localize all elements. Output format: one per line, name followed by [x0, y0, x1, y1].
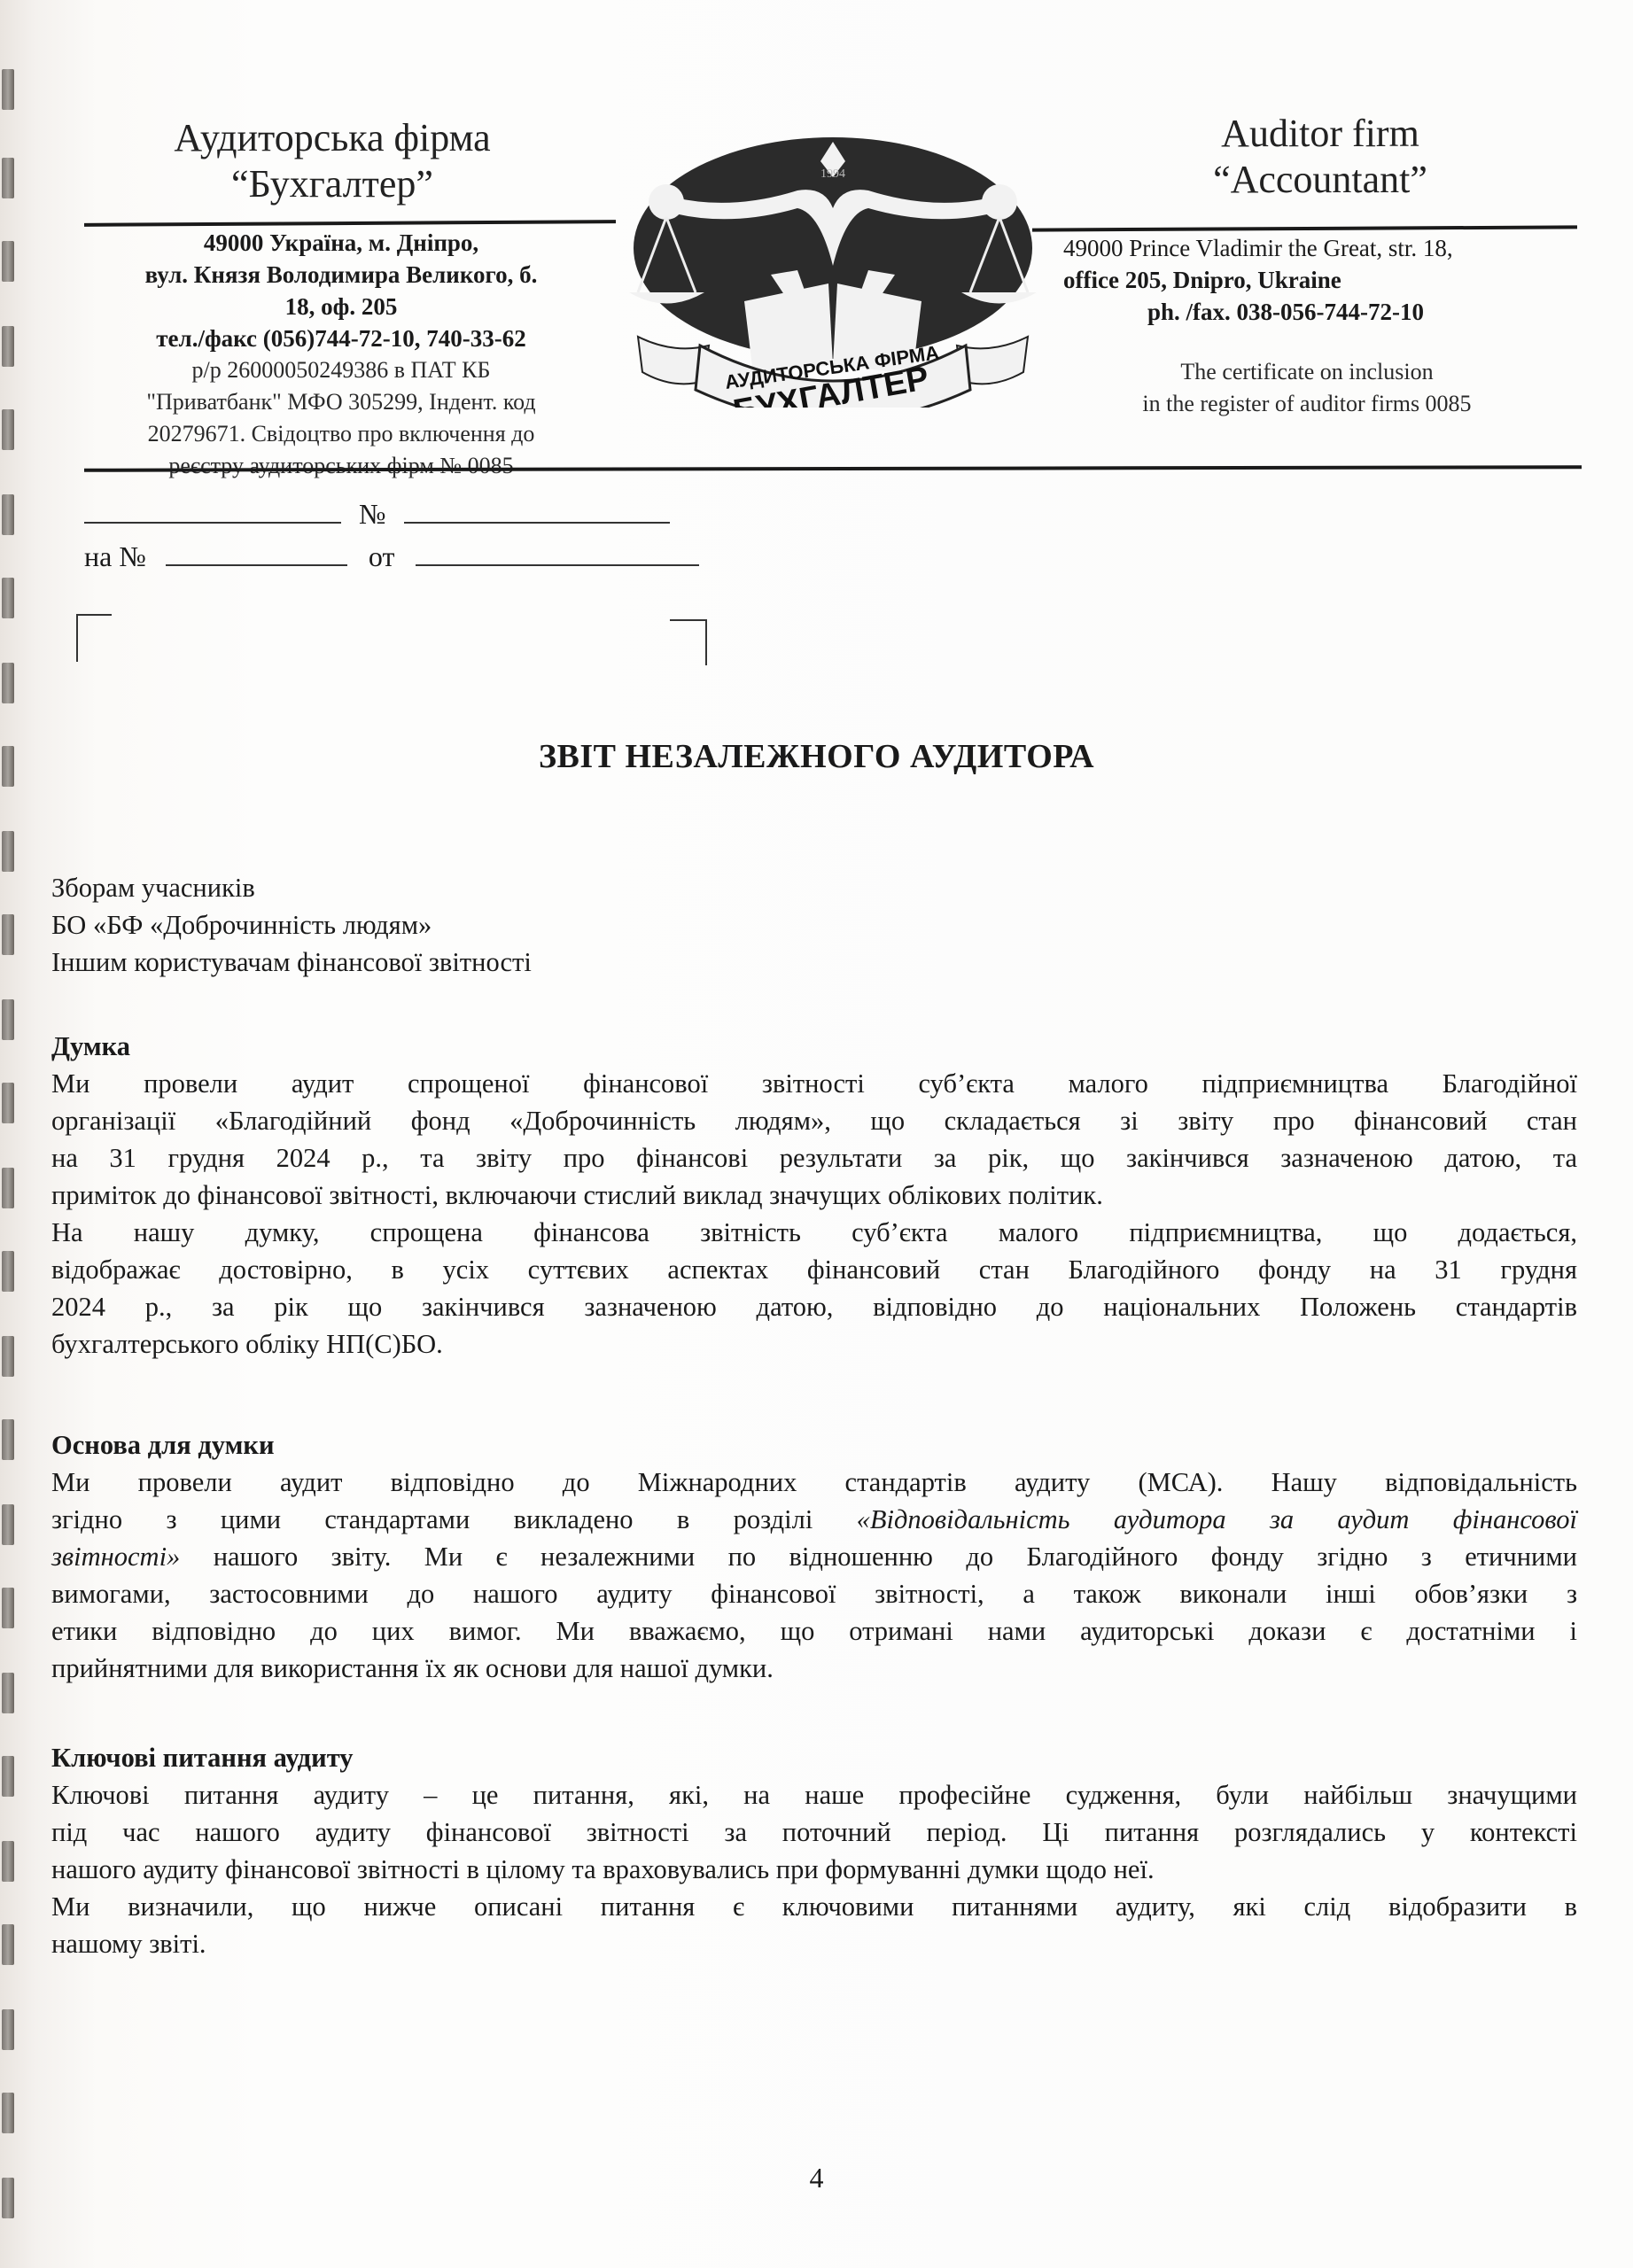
addressee-line: БО «БФ «Доброчинність людям» — [51, 906, 532, 944]
outgoing-date-blank — [84, 502, 341, 524]
firm-name-ua-line2: “Бухгалтер” — [84, 161, 580, 207]
certificate-en-line1: The certificate on inclusion — [1059, 356, 1555, 388]
text-line: Ми провели аудит відповідно до Міжнародн… — [51, 1464, 1577, 1501]
address-en-line1: 49000 Prince Vladimir the Great, str. 18… — [1063, 232, 1595, 264]
certificate-en-line2: in the register of auditor firms 0085 — [1059, 388, 1555, 420]
section-heading: Ключові питання аудиту — [51, 1739, 1577, 1776]
phone-ua: тел./факс (056)744-72-10, 740-33-62 — [75, 322, 607, 354]
letterhead-right: Auditor firm “Accountant” — [1108, 111, 1533, 203]
outgoing-number-row: № — [84, 496, 670, 532]
reply-number-row: на № от — [84, 539, 699, 574]
italic-section-reference: звітності» — [51, 1542, 180, 1572]
section-opinion: Думка Ми провели аудит спрощеної фінансо… — [51, 1028, 1577, 1363]
text-run: нашого звіту. Ми є незалежними по віднош… — [180, 1542, 1577, 1572]
reply-number-blank — [166, 545, 347, 566]
section-key-audit-matters: Ключові питання аудиту Ключові питання а… — [51, 1739, 1577, 1962]
bank-details-line1: р/р 26000050249386 в ПАТ КБ — [75, 354, 607, 386]
document-title: ЗВІТ НЕЗАЛЕЖНОГО АУДИТОРА — [0, 737, 1633, 776]
bank-details-line2: "Приватбанк" МФО 305299, Індент. код — [75, 386, 607, 418]
text-run: згідно з цими стандартами викладено в ро… — [51, 1504, 857, 1534]
spiral-binding — [0, 0, 19, 2268]
text-line: згідно з цими стандартами викладено в ро… — [51, 1501, 1577, 1538]
text-line: на 31 грудня 2024 р., та звіту про фінан… — [51, 1139, 1577, 1177]
text-line: вимогами, застосовними до нашого аудиту … — [51, 1575, 1577, 1612]
letterhead-left-rule — [84, 220, 616, 227]
section-body: Ми провели аудит спрощеної фінансової зв… — [51, 1065, 1577, 1363]
text-line: прийнятними для використання їх як основ… — [51, 1650, 1577, 1687]
outgoing-number-blank — [404, 502, 670, 524]
section-body: Ми провели аудит відповідно до Міжнародн… — [51, 1464, 1577, 1687]
phone-en: ph. /fax. 038-056-744-72-10 — [1063, 296, 1595, 328]
text-line: організації «Благодійний фонд «Доброчинн… — [51, 1102, 1577, 1139]
address-ua-line3: 18, оф. 205 — [75, 291, 607, 322]
text-line: нашому звіті. — [51, 1925, 1577, 1962]
firm-name-en-line2: “Accountant” — [1108, 157, 1533, 203]
text-line: бухгалтерського обліку НП(С)БО. — [51, 1325, 1577, 1363]
addressees: Зборам учасників БО «БФ «Доброчинність л… — [51, 869, 532, 981]
address-ua: 49000 Україна, м. Дніпро, вул. Князя Вол… — [75, 227, 607, 482]
text-line: нашого аудиту фінансової звітності в ціл… — [51, 1851, 1577, 1888]
certificate-en: The certificate on inclusion in the regi… — [1059, 356, 1555, 420]
date-label: от — [369, 540, 395, 572]
bank-details-line4: реєстру аудиторських фірм № 0085 — [75, 450, 607, 482]
address-en: 49000 Prince Vladimir the Great, str. 18… — [1063, 232, 1595, 328]
page-number: 4 — [0, 2162, 1633, 2194]
section-basis-for-opinion: Основа для думки Ми провели аудит відпов… — [51, 1426, 1577, 1687]
firm-name-ua-line1: Аудиторська фірма — [84, 115, 580, 161]
text-line: Ми провели аудит спрощеної фінансової зв… — [51, 1065, 1577, 1102]
section-heading: Думка — [51, 1028, 1577, 1065]
firm-name-en-line1: Auditor firm — [1108, 111, 1533, 157]
number-label: № — [359, 498, 386, 530]
addressee-line: Іншим користувачам фінансової звітності — [51, 944, 532, 981]
bank-details-line3: 20279671. Свідоцтво про включення до — [75, 418, 607, 450]
text-line: під час нашого аудиту фінансової звітнос… — [51, 1814, 1577, 1851]
section-body: Ключові питання аудиту – це питання, які… — [51, 1776, 1577, 1962]
reply-date-blank — [416, 545, 699, 566]
address-ua-line1: 49000 Україна, м. Дніпро, — [75, 227, 607, 259]
text-line: відображає достовірно, в усіх суттєвих а… — [51, 1251, 1577, 1288]
section-heading: Основа для думки — [51, 1426, 1577, 1464]
firm-logo: 1994 АУДИТОРСЬКА ФІРМА БУХГАЛТЕР — [620, 124, 1046, 408]
text-line: На нашу думку, спрощена фінансова звітні… — [51, 1214, 1577, 1251]
text-line: Ключові питання аудиту – це питання, які… — [51, 1776, 1577, 1814]
firm-name-en: Auditor firm “Accountant” — [1108, 111, 1533, 203]
text-line: 2024 р., за рік що закінчився зазначеною… — [51, 1288, 1577, 1325]
letterhead-right-rule — [1032, 225, 1577, 231]
reply-label: на № — [84, 540, 146, 572]
address-corner-right — [670, 619, 707, 665]
italic-section-reference: «Відповідальність аудитора за аудит фіна… — [857, 1504, 1577, 1534]
firm-name-ua: Аудиторська фірма “Бухгалтер” — [84, 115, 580, 207]
text-line: етики відповідно до цих вимог. Ми вважає… — [51, 1612, 1577, 1650]
scales-book-logo-icon: 1994 АУДИТОРСЬКА ФІРМА БУХГАЛТЕР — [620, 124, 1046, 408]
text-line: звітності» нашого звіту. Ми є незалежним… — [51, 1538, 1577, 1575]
address-ua-line2: вул. Князя Володимира Великого, б. — [75, 259, 607, 291]
text-line: Ми визначили, що нижче описані питання є… — [51, 1888, 1577, 1925]
svg-text:1994: 1994 — [820, 167, 845, 181]
letterhead-left: Аудиторська фірма “Бухгалтер” — [84, 115, 580, 207]
addressee-line: Зборам учасників — [51, 869, 532, 906]
text-line: приміток до фінансової звітності, включа… — [51, 1177, 1577, 1214]
address-corner-left — [76, 614, 112, 662]
address-en-line2: office 205, Dnipro, Ukraine — [1063, 264, 1595, 296]
